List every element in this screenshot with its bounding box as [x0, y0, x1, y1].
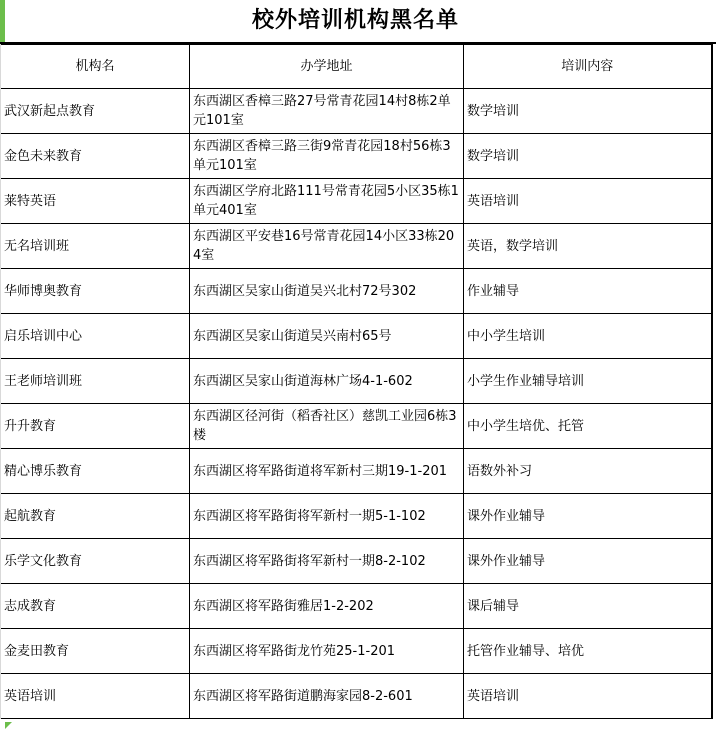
header-institution-name: 机构名 — [1, 45, 190, 89]
cell-training-content: 语数外补习 — [464, 449, 712, 494]
cell-training-content: 数学培训 — [464, 134, 712, 179]
cell-institution-name: 启乐培训中心 — [1, 314, 190, 359]
cell-address: 东西湖区学府北路111号常青花园5小区35栋1单元401室 — [190, 179, 464, 224]
table-row: 金色未来教育东西湖区香樟三路三街9常青花园18村56栋3单元101室数学培训 — [1, 134, 712, 179]
cell-training-content: 小学生作业辅导培训 — [464, 359, 712, 404]
cell-institution-name: 志成教育 — [1, 584, 190, 629]
cell-address: 东西湖区吴家山街道海林广场4-1-602 — [190, 359, 464, 404]
cell-institution-name: 无名培训班 — [1, 224, 190, 269]
cell-address: 东西湖区将军路街道将军新村三期19-1-201 — [190, 449, 464, 494]
cell-training-content: 数学培训 — [464, 89, 712, 134]
table-row: 志成教育东西湖区将军路街雅居1-2-202课后辅导 — [1, 584, 712, 629]
cell-training-content: 作业辅导 — [464, 269, 712, 314]
cell-address: 东西湖区平安巷16号常青花园14小区33栋204室 — [190, 224, 464, 269]
cell-training-content: 课外作业辅导 — [464, 494, 712, 539]
table-row: 华师博奥教育东西湖区吴家山街道吴兴北村72号302作业辅导 — [1, 269, 712, 314]
cell-institution-name: 起航教育 — [1, 494, 190, 539]
cell-training-content: 英语，数学培训 — [464, 224, 712, 269]
header-row: 机构名 办学地址 培训内容 — [1, 45, 712, 89]
cell-institution-name: 王老师培训班 — [1, 359, 190, 404]
table-row: 武汉新起点教育东西湖区香樟三路27号常青花园14村8栋2单元101室数学培训 — [1, 89, 712, 134]
cell-address: 东西湖区将军路街将军新村一期5-1-102 — [190, 494, 464, 539]
table-row: 启乐培训中心东西湖区吴家山街道吴兴南村65号中小学生培训 — [1, 314, 712, 359]
cell-training-content: 中小学生培优、托管 — [464, 404, 712, 449]
green-corner-marker — [5, 722, 12, 729]
header-training-content: 培训内容 — [464, 45, 712, 89]
cell-institution-name: 升升教育 — [1, 404, 190, 449]
bottom-strip — [0, 719, 716, 732]
table-row: 精心博乐教育东西湖区将军路街道将军新村三期19-1-201语数外补习 — [1, 449, 712, 494]
blacklist-page: 校外培训机构黑名单 机构名 办学地址 培训内容 武汉新起点教育东西湖区香樟三路2… — [0, 0, 716, 739]
table-row: 王老师培训班东西湖区吴家山街道海林广场4-1-602小学生作业辅导培训 — [1, 359, 712, 404]
page-title: 校外培训机构黑名单 — [0, 0, 711, 42]
cell-training-content: 托管作业辅导、培优 — [464, 629, 712, 674]
cell-address: 东西湖区径河街（稻香社区）慈凯工业园6栋3楼 — [190, 404, 464, 449]
cell-training-content: 课后辅导 — [464, 584, 712, 629]
header-address: 办学地址 — [190, 45, 464, 89]
cell-training-content: 中小学生培训 — [464, 314, 712, 359]
cell-address: 东西湖区吴家山街道吴兴北村72号302 — [190, 269, 464, 314]
cell-address: 东西湖区将军路街雅居1-2-202 — [190, 584, 464, 629]
green-accent-bar — [0, 0, 5, 42]
cell-address: 东西湖区香樟三路三街9常青花园18村56栋3单元101室 — [190, 134, 464, 179]
cell-institution-name: 金麦田教育 — [1, 629, 190, 674]
table-row: 莱特英语东西湖区学府北路111号常青花园5小区35栋1单元401室英语培训 — [1, 179, 712, 224]
cell-institution-name: 华师博奥教育 — [1, 269, 190, 314]
table-row: 起航教育东西湖区将军路街将军新村一期5-1-102课外作业辅导 — [1, 494, 712, 539]
cell-address: 东西湖区吴家山街道吴兴南村65号 — [190, 314, 464, 359]
title-row: 校外培训机构黑名单 — [0, 0, 716, 44]
cell-institution-name: 精心博乐教育 — [1, 449, 190, 494]
cell-institution-name: 莱特英语 — [1, 179, 190, 224]
cell-institution-name: 武汉新起点教育 — [1, 89, 190, 134]
cell-training-content: 课外作业辅导 — [464, 539, 712, 584]
cell-address: 东西湖区将军路街龙竹苑25-1-201 — [190, 629, 464, 674]
cell-institution-name: 英语培训 — [1, 674, 190, 719]
cell-institution-name: 金色未来教育 — [1, 134, 190, 179]
cell-address: 东西湖区将军路街道鹏海家园8-2-601 — [190, 674, 464, 719]
left-edge-line — [0, 44, 1, 726]
blacklist-table: 机构名 办学地址 培训内容 武汉新起点教育东西湖区香樟三路27号常青花园14村8… — [0, 44, 713, 719]
cell-institution-name: 乐学文化教育 — [1, 539, 190, 584]
cell-address: 东西湖区将军路街将军新村一期8-2-102 — [190, 539, 464, 584]
table-row: 乐学文化教育东西湖区将军路街将军新村一期8-2-102课外作业辅导 — [1, 539, 712, 584]
cell-training-content: 英语培训 — [464, 179, 712, 224]
cell-address: 东西湖区香樟三路27号常青花园14村8栋2单元101室 — [190, 89, 464, 134]
table-row: 升升教育东西湖区径河街（稻香社区）慈凯工业园6栋3楼中小学生培优、托管 — [1, 404, 712, 449]
table-row: 无名培训班东西湖区平安巷16号常青花园14小区33栋204室英语，数学培训 — [1, 224, 712, 269]
table-row: 金麦田教育东西湖区将军路街龙竹苑25-1-201托管作业辅导、培优 — [1, 629, 712, 674]
table-row: 英语培训东西湖区将军路街道鹏海家园8-2-601英语培训 — [1, 674, 712, 719]
cell-training-content: 英语培训 — [464, 674, 712, 719]
